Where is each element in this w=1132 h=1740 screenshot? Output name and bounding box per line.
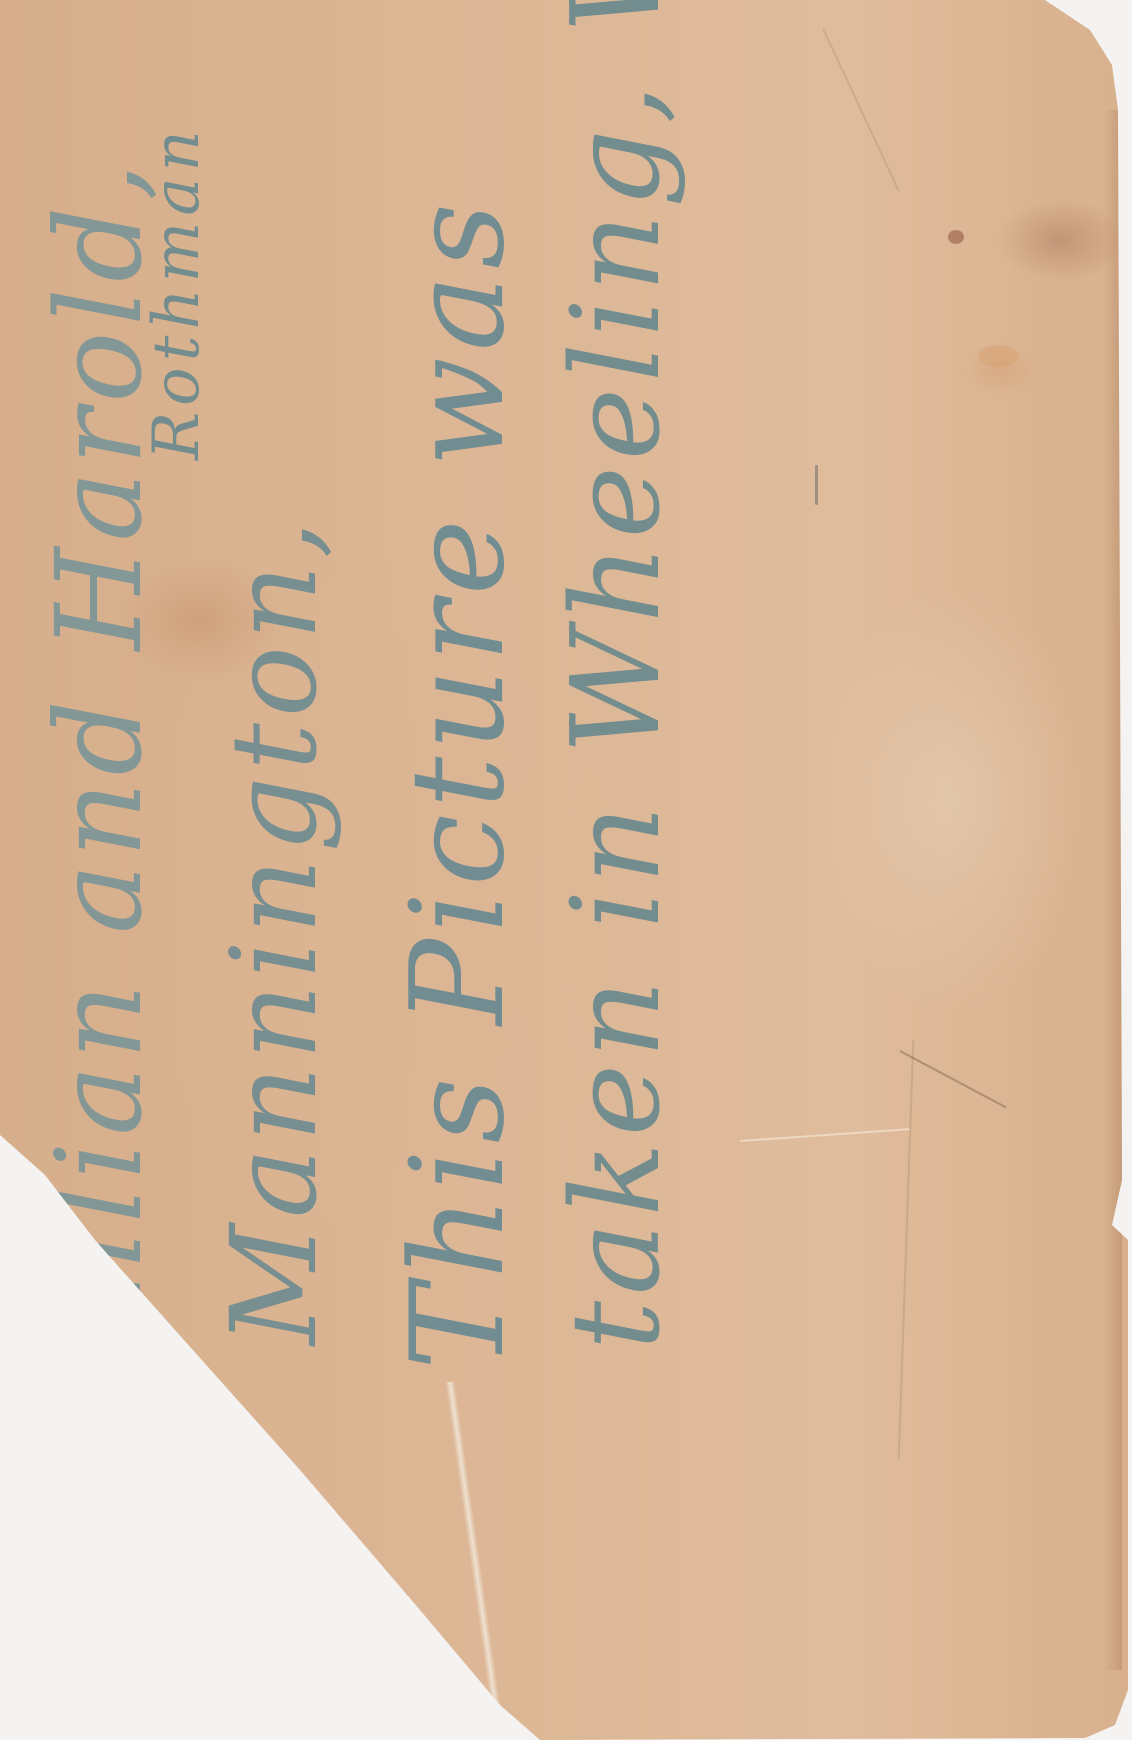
pencil-fold-line: [822, 28, 900, 192]
stain-spot: [948, 230, 964, 244]
inscription-line-3: This Picture was: [395, 197, 523, 1370]
inscription-line-2: Mannington,: [215, 515, 333, 1345]
photo-card-back: Lillian and Harold, Rothman Mannington, …: [0, 0, 1132, 1740]
pencil-fold-line: [898, 1040, 915, 1460]
tear-mark: [445, 1381, 505, 1739]
crease-mark: [900, 1050, 1007, 1108]
inscription-line-4: taken in Wheeling, W.Va: [555, 0, 677, 1350]
inscription-line-1-surname: Rothman: [145, 124, 209, 460]
card-edge-shadow: [1104, 110, 1122, 1670]
scan-background: Lillian and Harold, Rothman Mannington, …: [0, 0, 1132, 1740]
crease-mark: [740, 1128, 910, 1142]
stain-spot: [978, 345, 1018, 367]
pencil-dash: [815, 465, 818, 505]
